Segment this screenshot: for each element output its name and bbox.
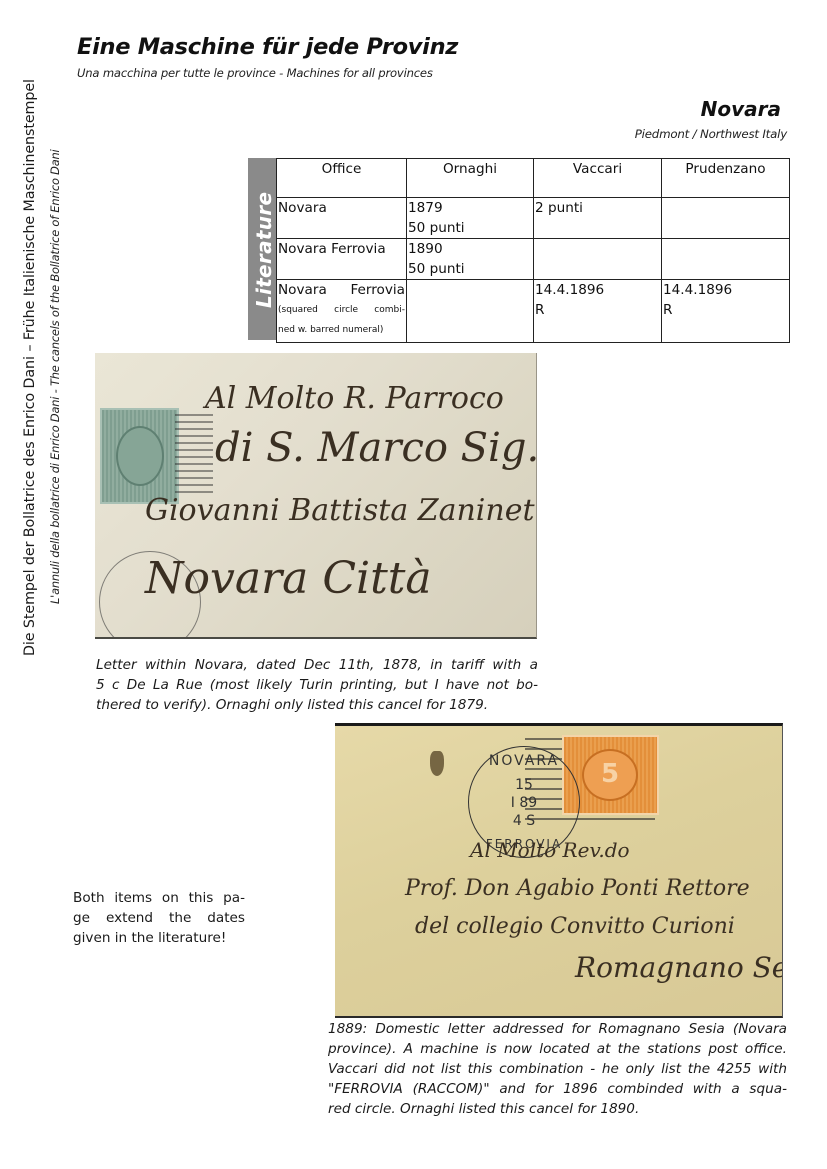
office-note: (squared circle combi-	[278, 300, 405, 320]
stamp-5c-green	[100, 408, 179, 504]
stamp-portrait-oval	[116, 426, 164, 486]
cover-image-1889: 5 NOVARA 15 I 89 4 S FERROVIA Al Molto R…	[335, 723, 783, 1018]
handwriting-line: Giovanni Battista Zaninetta	[145, 493, 537, 528]
ink-blot	[430, 751, 444, 776]
postmark-month-year: I 89	[469, 795, 579, 811]
cell-office: Novara Ferrovia (squared circle combi- n…	[277, 280, 407, 343]
office-name: Novara	[278, 200, 327, 216]
prudenzano-rating: R	[663, 300, 788, 320]
ornaghi-date: 1879	[408, 198, 532, 218]
handwriting-line: del collegio Convitto Curioni	[415, 914, 735, 939]
cell-ornaghi: 1890 50 punti	[407, 239, 534, 280]
postmark-day: 15	[469, 777, 579, 793]
side-note-line: ge extend the dates	[73, 908, 245, 928]
handwriting-line: Prof. Don Agabio Ponti Rettore	[405, 876, 750, 901]
side-note-line: Both items on this pa-	[73, 888, 245, 908]
side-note-line: given in the literature!	[73, 928, 245, 948]
literature-label-bar: Literature	[248, 158, 276, 340]
caption-line: 1889: Domestic letter addressed for Roma…	[328, 1019, 787, 1039]
ornaghi-date: 1890	[408, 239, 532, 259]
column-header-prudenzano: Prudenzano	[662, 159, 790, 198]
handwriting-line: Novara Città	[145, 553, 432, 604]
postmark-time: 4 S	[469, 813, 579, 829]
caption-line: province). A machine is now located at t…	[328, 1039, 787, 1059]
literature-table: Office Ornaghi Vaccari Prudenzano Novara…	[276, 158, 790, 343]
collection-title-vertical: Die Stempel der Bollatrice des Enrico Da…	[22, 79, 38, 656]
page-subtitle: Una macchina per tutte le province - Mac…	[77, 66, 433, 80]
caption-cover-1878: Letter within Novara, dated Dec 11th, 18…	[96, 655, 538, 715]
caption-line: 5 c De La Rue (most likely Turin printin…	[96, 675, 538, 695]
caption-line: "FERROVIA (RACCOM)" and for 1896 combind…	[328, 1079, 787, 1099]
location-name: Novara	[701, 97, 781, 121]
table-row: Novara Ferrovia 1890 50 punti	[277, 239, 790, 280]
handwriting-line: Romagnano Sesia	[575, 951, 783, 984]
cover-image-1878: Al Molto R. Parroco di S. Marco Sig. Gio…	[95, 353, 537, 639]
cell-vaccari	[534, 239, 662, 280]
caption-line: Vaccari did not list this combination - …	[328, 1059, 787, 1079]
cell-office: Novara	[277, 198, 407, 239]
ornaghi-rating: 50 punti	[408, 259, 532, 279]
cell-vaccari: 2 punti	[534, 198, 662, 239]
literature-section: Literature Office Ornaghi Vaccari Pruden…	[248, 158, 789, 340]
prudenzano-date: 14.4.1896	[663, 280, 788, 300]
office-note: ned w. barred numeral)	[278, 320, 405, 340]
table-row: Novara Ferrovia (squared circle combi- n…	[277, 280, 790, 343]
vaccari-rating: R	[535, 300, 660, 320]
table-header-row: Office Ornaghi Vaccari Prudenzano	[277, 159, 790, 198]
location-region: Piedmont / Northwest Italy	[635, 127, 787, 141]
cell-office: Novara Ferrovia	[277, 239, 407, 280]
handwriting-line: di S. Marco Sig.	[215, 425, 537, 471]
cell-vaccari: 14.4.1896 R	[534, 280, 662, 343]
handwriting-line: Al Molto R. Parroco	[205, 381, 504, 416]
cell-ornaghi	[407, 280, 534, 343]
vertical-sidebar-title: Die Stempel der Bollatrice des Enrico Da…	[0, 0, 72, 680]
cell-prudenzano: 14.4.1896 R	[662, 280, 790, 343]
postmark-town: NOVARA	[469, 753, 579, 769]
literature-label: Literature	[252, 192, 276, 308]
vaccari-date: 14.4.1896	[535, 280, 660, 300]
vaccari-rating: 2 punti	[535, 198, 660, 218]
side-note: Both items on this pa- ge extend the dat…	[73, 888, 245, 948]
handwriting-line: Al Molto Rev.do	[470, 838, 630, 862]
stamp-value: 5	[582, 749, 638, 801]
column-header-vaccari: Vaccari	[534, 159, 662, 198]
cell-ornaghi: 1879 50 punti	[407, 198, 534, 239]
caption-line: thered to verify). Ornaghi only listed t…	[96, 695, 538, 715]
cell-prudenzano	[662, 239, 790, 280]
barred-numeral-cancel	[175, 413, 213, 498]
collection-subtitle-vertical: L'annuli della bollatrice di Enrico Dani…	[48, 150, 62, 605]
caption-line: Letter within Novara, dated Dec 11th, 18…	[96, 655, 538, 675]
ornaghi-rating: 50 punti	[408, 218, 532, 238]
caption-line: red circle. Ornaghi listed this cancel f…	[328, 1099, 787, 1119]
column-header-office: Office	[277, 159, 407, 198]
table-row: Novara 1879 50 punti 2 punti	[277, 198, 790, 239]
column-header-ornaghi: Ornaghi	[407, 159, 534, 198]
page-title: Eine Maschine für jede Provinz	[77, 34, 458, 60]
cell-prudenzano	[662, 198, 790, 239]
office-name: Novara Ferrovia	[278, 280, 405, 300]
caption-cover-1889: 1889: Domestic letter addressed for Roma…	[328, 1019, 787, 1119]
office-name: Novara Ferrovia	[278, 241, 386, 257]
